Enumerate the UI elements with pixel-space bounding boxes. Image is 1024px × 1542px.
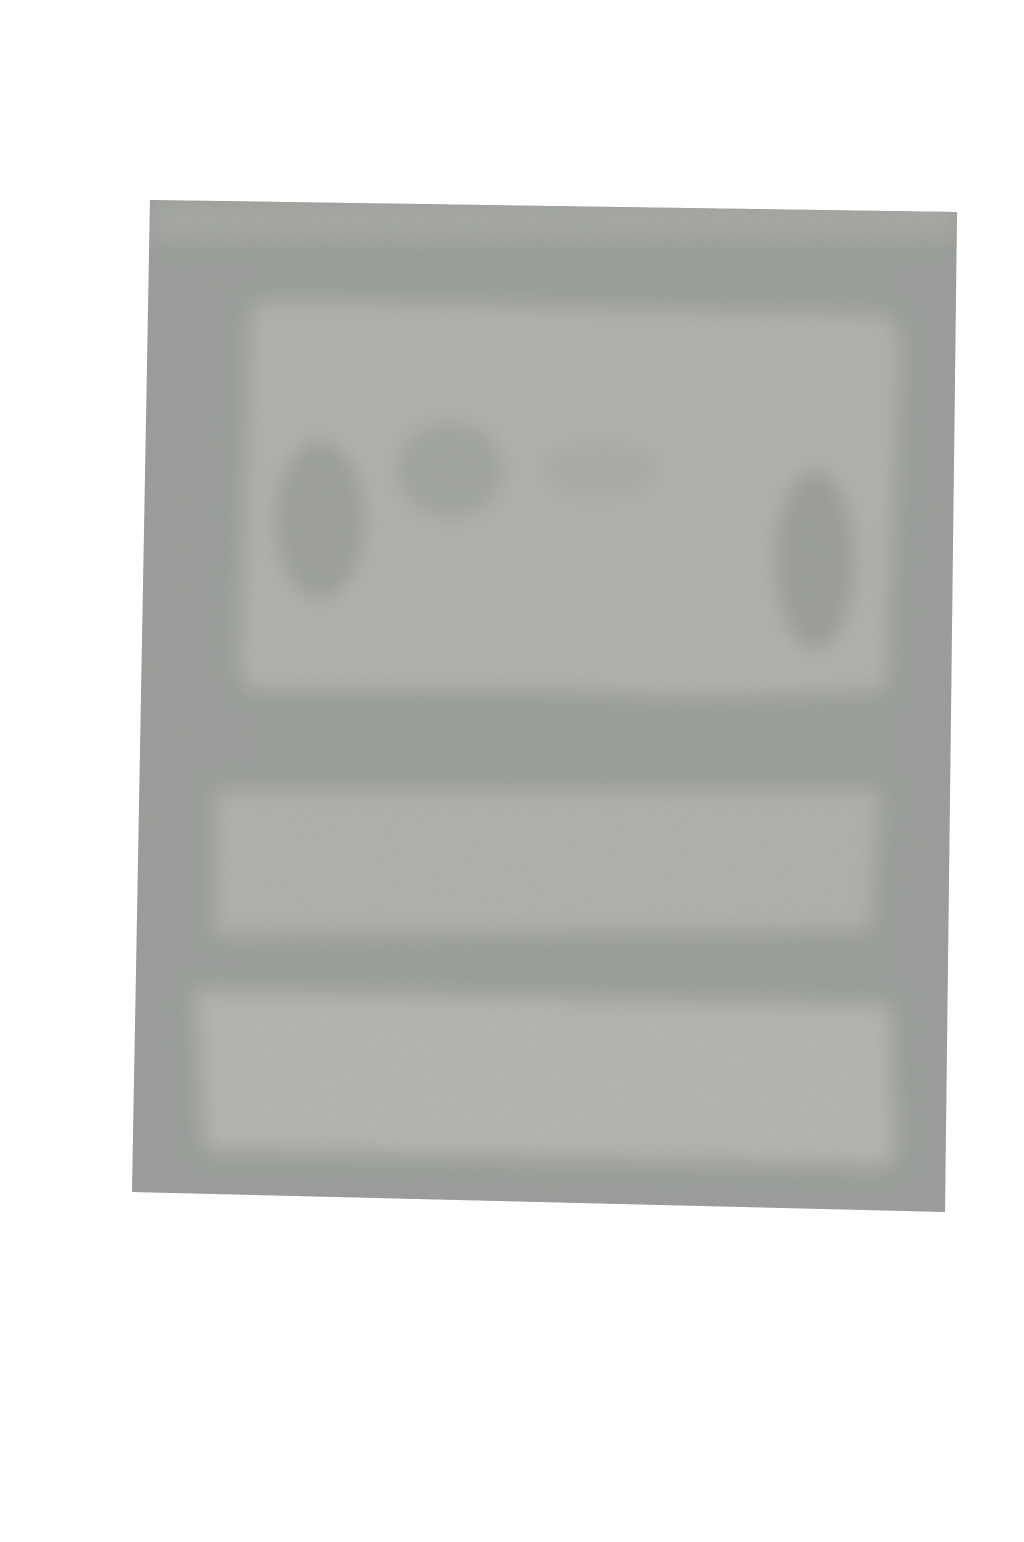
rug-image [0, 0, 1024, 1542]
rug-body [100, 180, 1000, 1240]
